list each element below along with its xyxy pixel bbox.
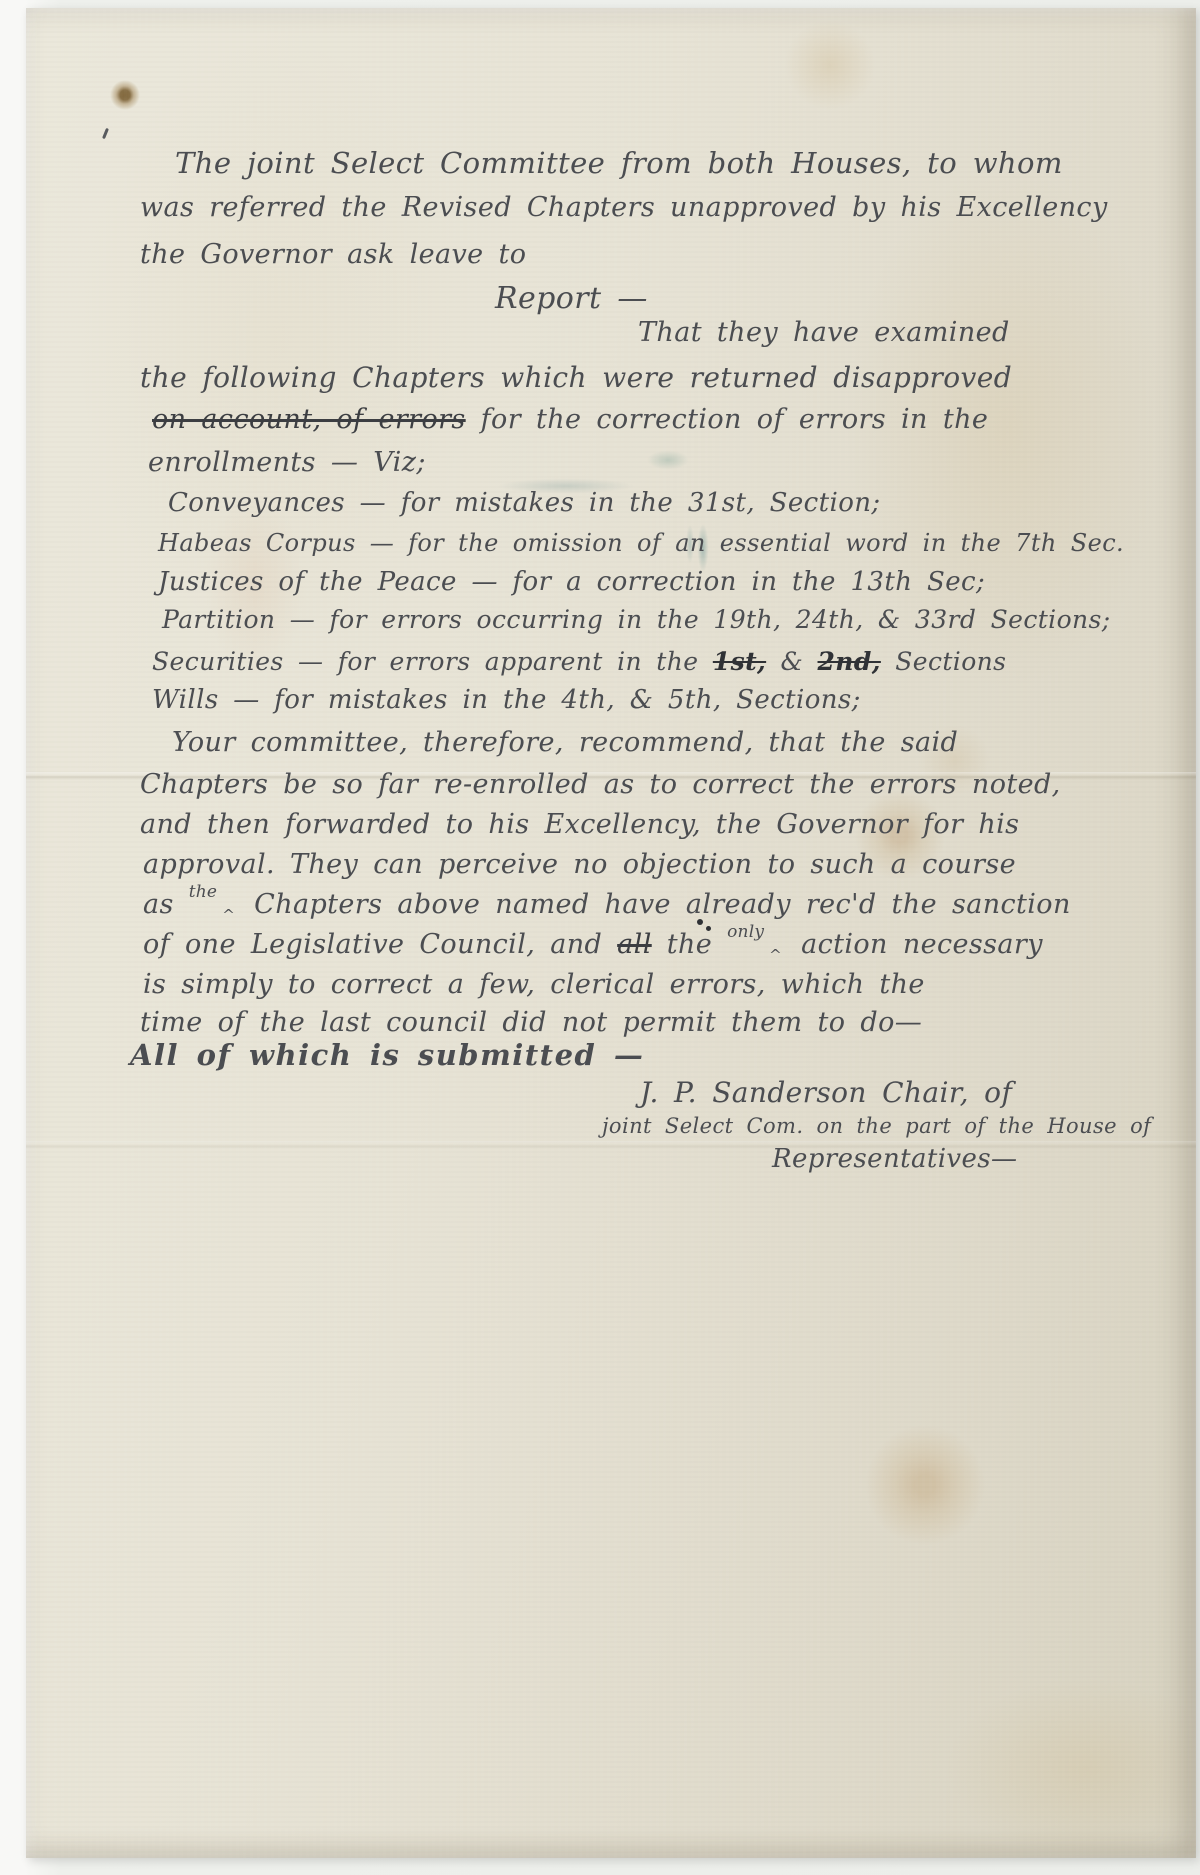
enrollments-line: enrollments — Viz; (148, 447, 426, 478)
signature-committee-line: joint Select Com. on the part of the Hou… (602, 1114, 1151, 1138)
chapter-item-securities: Securities — for errors apparent in the … (152, 647, 1006, 676)
chapter-item-conveyances: Conveyances — for mistakes in the 31st, … (168, 488, 881, 518)
sanction-line: as the ^ Chapters above named have alrea… (143, 889, 1071, 920)
caret-mark: ^ (222, 906, 235, 924)
photo-background: { "colors": { "paper": "#e6e2d4", "ink":… (0, 0, 1200, 1875)
securities-ampersand: & (781, 647, 804, 676)
action-before: of one Legislative Council, and (143, 929, 602, 960)
correction-phrase: for the correction of errors in the (481, 404, 989, 435)
opening-line-1: The joint Select Committee from both Hou… (175, 146, 1063, 180)
fold-crease-lower (26, 1141, 1196, 1149)
returned-disapproved-line: the following Chapters which were return… (140, 361, 1012, 394)
recommendation-line-1: Your committee, therefore, recommend, th… (172, 727, 958, 758)
sanction-after: Chapters above named have already rec'd … (254, 889, 1071, 920)
inserted-word: only (727, 922, 764, 942)
report-heading: Report — (495, 281, 648, 316)
signature-name-line: J. P. Sanderson Chair, of (640, 1076, 1012, 1109)
recommendation-line-4: approval. They can perceive no objection… (143, 849, 1016, 880)
securities-suffix: Sections (895, 647, 1006, 676)
inserted-word: the (189, 882, 217, 902)
action-after: action necessary (801, 929, 1043, 960)
chapter-item-wills: Wills — for mistakes in the 4th, & 5th, … (152, 685, 861, 715)
sanction-before: as (143, 889, 174, 920)
examined-lead-line: That they have examined (638, 317, 1010, 348)
correction-line: on account, of errors for the correction… (152, 404, 988, 435)
recommendation-line-3: and then forwarded to his Excellency, th… (140, 809, 1019, 840)
recommendation-line-2: Chapters be so far re-enrolled as to cor… (140, 769, 1061, 800)
opening-line-3: the Governor ask leave to (140, 239, 526, 270)
chapter-item-habeas-corpus: Habeas Corpus — for the omission of an e… (158, 529, 1124, 557)
signature-house-line: Representatives— (772, 1144, 1017, 1174)
closing-line-2: time of the last council did not permit … (140, 1007, 922, 1038)
securities-overwritten-number: 2nd, (818, 647, 881, 676)
struck-out-phrase: on account, of errors (152, 404, 466, 435)
chapter-item-justices: Justices of the Peace — for a correction… (158, 567, 985, 597)
action-mid: the (667, 929, 712, 960)
struck-out-word: all (617, 929, 652, 960)
securities-overwritten-number: 1st, (713, 647, 766, 676)
securities-prefix: Securities — for errors apparent in the (152, 647, 698, 676)
opening-line-2: was referred the Revised Chapters unappr… (140, 192, 1108, 223)
caret-mark: ^ (769, 946, 782, 964)
closing-line-1: is simply to correct a few, clerical err… (143, 969, 925, 1000)
action-line: of one Legislative Council, and all the … (143, 929, 1043, 960)
submitted-line: All of which is submitted — (130, 1038, 644, 1072)
chapter-item-partition: Partition — for errors occurring in the … (162, 605, 1111, 634)
